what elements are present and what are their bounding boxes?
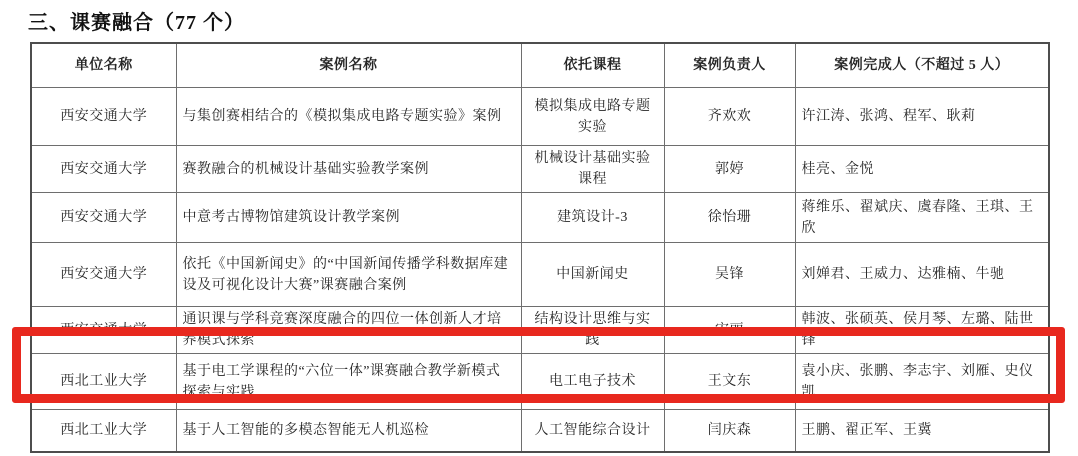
cell-unit: 西安交通大学 <box>31 193 176 243</box>
table-row: 西安交通大学 通识课与学科竞赛深度融合的四位一体创新人才培养模式探索 结构设计思… <box>31 307 1049 354</box>
cell-unit: 西安交通大学 <box>31 146 176 193</box>
col-header-course: 依托课程 <box>521 43 664 88</box>
table-row: 西安交通大学 与集创赛相结合的《模拟集成电路专题实验》案例 模拟集成电路专题实验… <box>31 88 1049 146</box>
col-header-completers: 案例完成人（不超过 5 人） <box>795 43 1049 88</box>
table-header-row: 单位名称 案例名称 依托课程 案例负责人 案例完成人（不超过 5 人） <box>31 43 1049 88</box>
table-row: 西安交通大学 依托《中国新闻史》的“中国新闻传播学科数据库建设及可视化设计大赛”… <box>31 243 1049 307</box>
cell-unit: 西安交通大学 <box>31 88 176 146</box>
cell-leader: 宋丽 <box>664 307 795 354</box>
document-page: 三、课赛融合（77 个） 单位名称 案例名称 依托课程 案例负责人 案例完成人（… <box>0 0 1078 456</box>
cell-course: 人工智能综合设计 <box>521 410 664 452</box>
col-header-unit: 单位名称 <box>31 43 176 88</box>
cell-course: 结构设计思维与实践 <box>521 307 664 354</box>
cell-case: 赛教融合的机械设计基础实验教学案例 <box>176 146 521 193</box>
cell-completers: 刘婵君、王威力、达雅楠、牛驰 <box>795 243 1049 307</box>
cell-completers: 许江涛、张鸿、程军、耿莉 <box>795 88 1049 146</box>
case-table: 单位名称 案例名称 依托课程 案例负责人 案例完成人（不超过 5 人） 西安交通… <box>30 42 1050 453</box>
page-title: 三、课赛融合（77 个） <box>28 6 245 35</box>
cell-case: 基于电工学课程的“六位一体”课赛融合教学新模式探索与实践 <box>176 354 521 410</box>
cell-completers: 韩波、张硕英、侯月琴、左璐、陆世锋 <box>795 307 1049 354</box>
cell-course: 模拟集成电路专题实验 <box>521 88 664 146</box>
cell-case: 基于人工智能的多模态智能无人机巡检 <box>176 410 521 452</box>
table-row: 西北工业大学 基于人工智能的多模态智能无人机巡检 人工智能综合设计 闫庆森 王鹏… <box>31 410 1049 452</box>
cell-course: 建筑设计-3 <box>521 193 664 243</box>
cell-completers: 蒋维乐、翟斌庆、虞春隆、王琪、王欣 <box>795 193 1049 243</box>
table-row: 西安交通大学 中意考古博物馆建筑设计教学案例 建筑设计-3 徐怡珊 蒋维乐、翟斌… <box>31 193 1049 243</box>
cell-leader: 闫庆森 <box>664 410 795 452</box>
cell-completers: 王鹏、翟正军、王冀 <box>795 410 1049 452</box>
cell-unit: 西北工业大学 <box>31 354 176 410</box>
cell-unit: 西安交通大学 <box>31 243 176 307</box>
cell-leader: 郭婷 <box>664 146 795 193</box>
cell-course: 电工电子技术 <box>521 354 664 410</box>
col-header-leader: 案例负责人 <box>664 43 795 88</box>
cell-case: 通识课与学科竞赛深度融合的四位一体创新人才培养模式探索 <box>176 307 521 354</box>
cell-case: 中意考古博物馆建筑设计教学案例 <box>176 193 521 243</box>
cell-leader: 徐怡珊 <box>664 193 795 243</box>
cell-completers: 袁小庆、张鹏、李志宇、刘雁、史仪凯 <box>795 354 1049 410</box>
cell-leader: 王文东 <box>664 354 795 410</box>
cell-completers: 桂亮、金悦 <box>795 146 1049 193</box>
cell-case: 与集创赛相结合的《模拟集成电路专题实验》案例 <box>176 88 521 146</box>
cell-unit: 西北工业大学 <box>31 410 176 452</box>
cell-leader: 齐欢欢 <box>664 88 795 146</box>
cell-unit: 西安交通大学 <box>31 307 176 354</box>
cell-case: 依托《中国新闻史》的“中国新闻传播学科数据库建设及可视化设计大赛”课赛融合案例 <box>176 243 521 307</box>
cell-course: 中国新闻史 <box>521 243 664 307</box>
col-header-case: 案例名称 <box>176 43 521 88</box>
table-row-highlighted: 西北工业大学 基于电工学课程的“六位一体”课赛融合教学新模式探索与实践 电工电子… <box>31 354 1049 410</box>
cell-leader: 吴锋 <box>664 243 795 307</box>
cell-course: 机械设计基础实验课程 <box>521 146 664 193</box>
table-row: 西安交通大学 赛教融合的机械设计基础实验教学案例 机械设计基础实验课程 郭婷 桂… <box>31 146 1049 193</box>
